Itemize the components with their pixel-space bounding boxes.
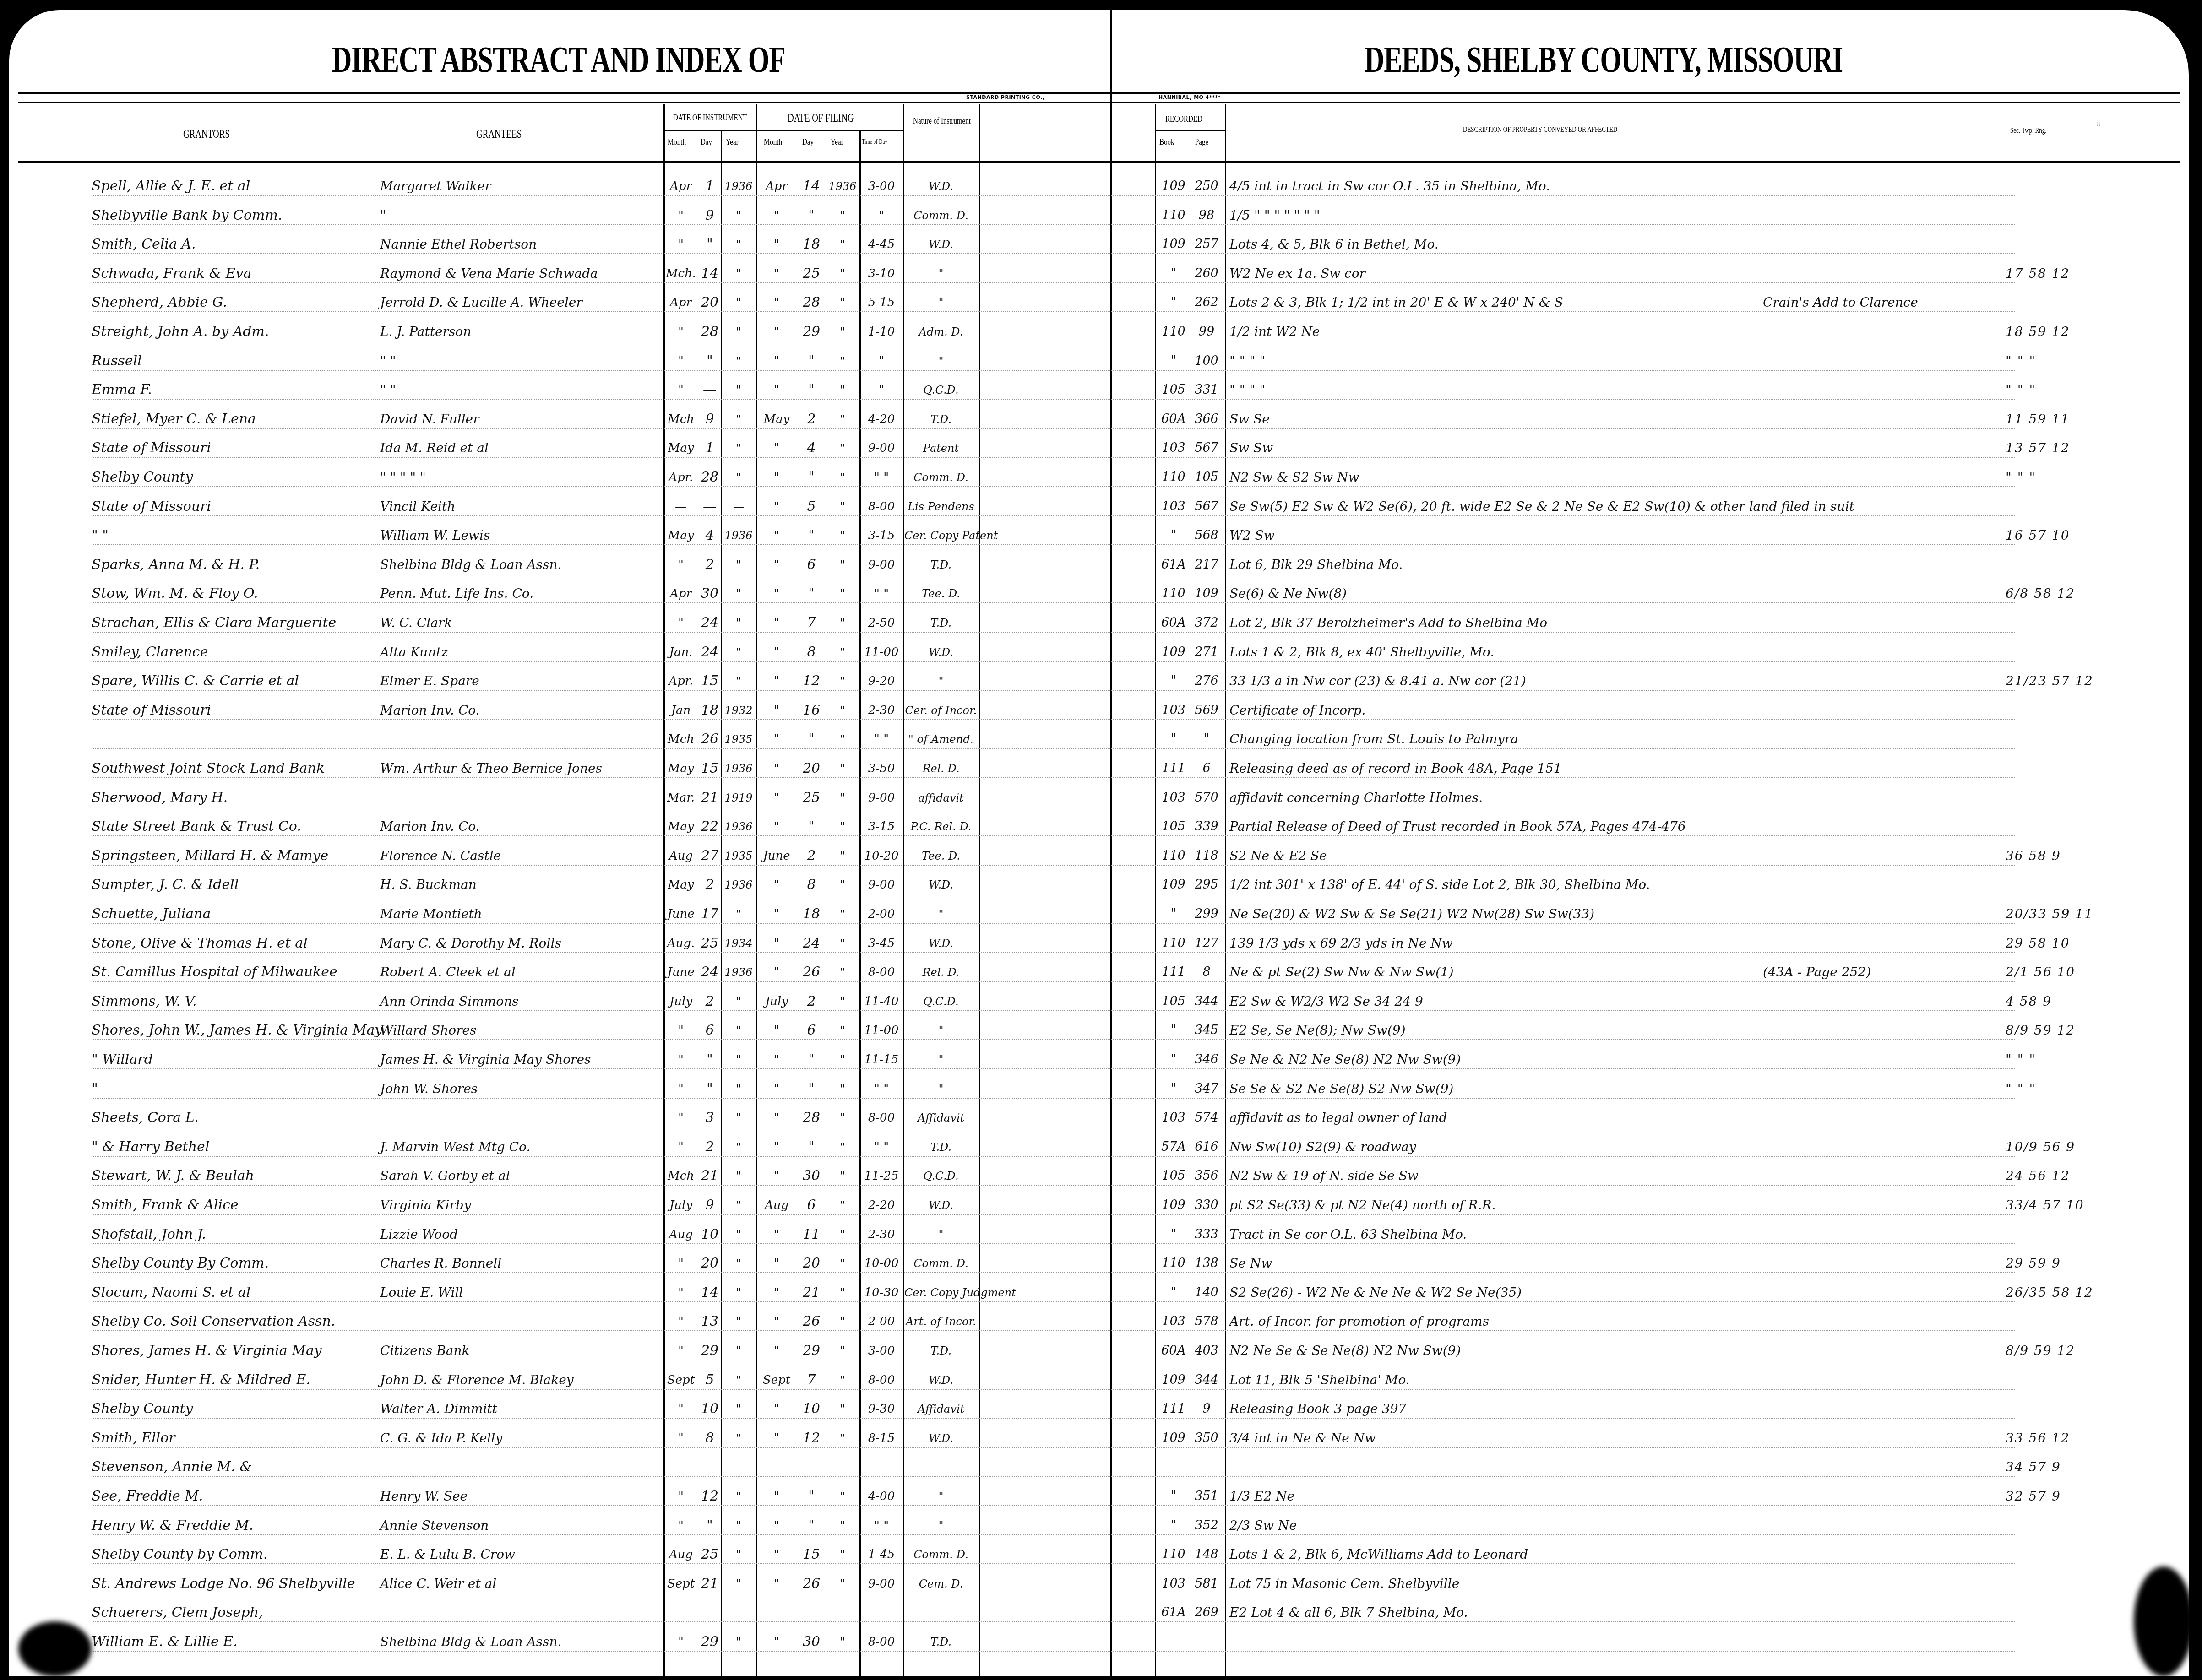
- table-row: Springsteen, Millard H. & MamyeFlorence …: [9, 845, 2189, 867]
- instrument-month: ": [665, 1078, 697, 1100]
- filing-day: ": [798, 1136, 825, 1159]
- grantor-cell: State of Missouri: [92, 495, 211, 518]
- table-row: Shelby County by Comm.E. L. & Lulu B. Cr…: [9, 1543, 2189, 1566]
- instrument-year: 1936: [723, 873, 755, 896]
- table-row: St. Camillus Hospital of MilwaukeeRobert…: [9, 961, 2189, 984]
- filing-year: ": [826, 1252, 859, 1275]
- instrument-year: ": [723, 1485, 755, 1508]
- filing-day: 2: [798, 990, 825, 1013]
- property-description: Ne Se(20) & W2 Sw & Se Se(21) W2 Nw(28) …: [1229, 903, 1594, 926]
- grantee-cell: W. C. Clark: [380, 612, 452, 634]
- instrument-month: ": [665, 233, 697, 256]
- instrument-day: 17: [698, 903, 721, 926]
- property-description: E2 Sw & W2/3 W2 Se 34 24 9: [1229, 990, 1423, 1013]
- property-description: affidavit concerning Charlotte Holmes.: [1229, 786, 1483, 809]
- instrument-day: 25: [698, 1543, 721, 1566]
- instrument-month: Aug: [665, 1223, 697, 1246]
- instrument-day: 20: [698, 291, 721, 314]
- nature-of-instrument: Tee. D.: [904, 582, 978, 605]
- filing-month: ": [757, 320, 796, 343]
- grantor-cell: Shores, James H. & Virginia May: [92, 1339, 322, 1362]
- recorded-page: 295: [1191, 873, 1223, 896]
- instrument-year: 1919: [723, 786, 755, 809]
- instrument-day: ": [698, 1078, 721, 1100]
- instrument-year: ": [723, 903, 755, 926]
- filing-time: " ": [861, 582, 902, 605]
- instrument-day: 1: [698, 175, 721, 198]
- filing-day: 6: [798, 1019, 825, 1042]
- property-description: S2 Ne & E2 Se: [1229, 845, 1327, 867]
- filing-year: ": [826, 1485, 859, 1508]
- recorded-page: 372: [1191, 612, 1223, 634]
- filing-day: 7: [798, 612, 825, 634]
- instrument-day: 2: [698, 990, 721, 1013]
- filing-time: " ": [861, 1136, 902, 1159]
- property-description: Lot 6, Blk 29 Shelbina Mo.: [1229, 553, 1403, 576]
- filing-day: 26: [798, 1310, 825, 1333]
- recorded-book: ": [1158, 291, 1190, 314]
- recorded-book: 61A: [1158, 553, 1190, 576]
- grantee-cell: Marie Montieth: [380, 903, 482, 926]
- grantee-cell: Lizzie Wood: [380, 1223, 458, 1246]
- description-note: Crain's Add to Clarence: [1763, 291, 1918, 314]
- nature-of-instrument: T.D.: [904, 553, 978, 576]
- filing-day: 2: [798, 845, 825, 867]
- property-description: Changing location from St. Louis to Palm…: [1229, 728, 1518, 751]
- instrument-month: Mar.: [665, 786, 697, 809]
- grantor-cell: Shelbyville Bank by Comm.: [92, 204, 283, 227]
- grantor-cell: Shepherd, Abbie G.: [92, 291, 227, 314]
- filing-month: ": [757, 1543, 796, 1566]
- recorded-book: 110: [1158, 932, 1190, 955]
- instrument-year: ": [723, 582, 755, 605]
- table-row: Shelbyville Bank by Comm.""9"""""Comm. D…: [9, 204, 2189, 227]
- filing-time: 8-00: [861, 961, 902, 984]
- recorded-page: 217: [1191, 553, 1223, 576]
- filing-time: 8-00: [861, 495, 902, 518]
- recorded-page: 616: [1191, 1136, 1223, 1159]
- filing-year: ": [826, 1310, 859, 1333]
- filing-day: ": [798, 1514, 825, 1537]
- property-description: W2 Ne ex 1a. Sw cor: [1229, 262, 1365, 285]
- scan-smudge: [18, 1621, 92, 1676]
- filing-month: ": [757, 524, 796, 547]
- filing-year: 1936: [826, 175, 859, 198]
- table-row: Shores, James H. & Virginia MayCitizens …: [9, 1339, 2189, 1362]
- filing-month: ": [757, 1106, 796, 1129]
- instrument-month: ": [665, 1281, 697, 1304]
- filing-month: ": [757, 495, 796, 518]
- property-description: Se Ne & N2 Ne Se(8) N2 Nw Sw(9): [1229, 1048, 1461, 1071]
- nature-of-instrument: ": [904, 903, 978, 926]
- recorded-page: 330: [1191, 1194, 1223, 1217]
- property-description: 4/5 int in tract in Sw cor O.L. 35 in Sh…: [1229, 175, 1550, 198]
- recorded-page: 100: [1191, 350, 1223, 373]
- nature-of-instrument: T.D.: [904, 612, 978, 634]
- instrument-year: ": [723, 553, 755, 576]
- property-description: Se(6) & Ne Nw(8): [1229, 582, 1347, 605]
- instrument-day: 15: [698, 670, 721, 693]
- table-row: "John W. Shores""""""" """347Se Se & S2 …: [9, 1078, 2189, 1100]
- instrument-year: ": [723, 204, 755, 227]
- filing-time: 5-15: [861, 291, 902, 314]
- filing-year: ": [826, 1427, 859, 1450]
- instrument-year: ": [723, 437, 755, 460]
- grantee-cell: Jerrold D. & Lucille A. Wheeler: [380, 291, 582, 314]
- grantor-cell: " Willard: [92, 1048, 153, 1071]
- instrument-year: ": [723, 408, 755, 431]
- filing-day: ": [798, 815, 825, 838]
- filing-day: 11: [798, 1223, 825, 1246]
- sec-twp-rng: " " ": [2006, 379, 2097, 401]
- instrument-year: ": [723, 262, 755, 285]
- recorded-book: 60A: [1158, 1339, 1190, 1362]
- instrument-day: 21: [698, 786, 721, 809]
- filing-time: " ": [861, 1514, 902, 1537]
- instrument-month: ": [665, 1485, 697, 1508]
- table-row: Stiefel, Myer C. & LenaDavid N. FullerMc…: [9, 408, 2189, 431]
- sec-twp-rng: 34 57 9: [2006, 1456, 2097, 1479]
- grantor-cell: Streight, John A. by Adm.: [92, 320, 269, 343]
- nature-of-instrument: T.D.: [904, 1339, 978, 1362]
- recorded-page: 356: [1191, 1165, 1223, 1187]
- sec-twp-rng: 29 58 10: [2006, 932, 2097, 955]
- filing-year: ": [826, 1048, 859, 1071]
- instrument-year: ": [723, 1631, 755, 1653]
- instrument-year: ": [723, 1281, 755, 1304]
- grantee-cell: ": [380, 204, 386, 227]
- grantor-cell: Henry W. & Freddie M.: [92, 1514, 253, 1537]
- instrument-day: 29: [698, 1631, 721, 1653]
- grantor-cell: Southwest Joint Stock Land Bank: [92, 757, 325, 780]
- recorded-page: 574: [1191, 1106, 1223, 1129]
- filing-day: 30: [798, 1631, 825, 1653]
- instrument-day: 9: [698, 1194, 721, 1217]
- nature-of-instrument: Cer. Copy Judgment: [904, 1281, 978, 1304]
- grantor-cell: ": [92, 1078, 98, 1100]
- grantee-cell: William W. Lewis: [380, 524, 490, 547]
- filing-year: ": [826, 903, 859, 926]
- filing-time: ": [861, 204, 902, 227]
- filing-month: ": [757, 1572, 796, 1595]
- filing-day: 25: [798, 786, 825, 809]
- table-row: Sumpter, J. C. & IdellH. S. BuckmanMay21…: [9, 873, 2189, 896]
- filing-month: ": [757, 873, 796, 896]
- grantor-cell: Stevenson, Annie M. &: [92, 1456, 252, 1479]
- nature-of-instrument: W.D.: [904, 1369, 978, 1392]
- grantee-cell: Marion Inv. Co.: [380, 815, 480, 838]
- grantee-cell: David N. Fuller: [380, 408, 479, 431]
- grantee-cell: Marion Inv. Co.: [380, 699, 480, 722]
- table-row: Spell, Allie & J. E. et alMargaret Walke…: [9, 175, 2189, 198]
- filing-month: ": [757, 379, 796, 401]
- filing-time: ": [861, 379, 902, 401]
- recorded-page: 105: [1191, 466, 1223, 489]
- table-row: Schuette, JulianaMarie MontiethJune17""1…: [9, 903, 2189, 926]
- ledger-entries: Spell, Allie & J. E. et alMargaret Walke…: [9, 10, 2189, 1676]
- sec-twp-rng: 26/35 58 12: [2006, 1281, 2097, 1304]
- instrument-month: July: [665, 990, 697, 1013]
- instrument-year: ": [723, 1572, 755, 1595]
- filing-time: 2-30: [861, 699, 902, 722]
- instrument-month: ": [665, 553, 697, 576]
- instrument-year: ": [723, 1252, 755, 1275]
- instrument-day: ": [698, 350, 721, 373]
- filing-day: 14: [798, 175, 825, 198]
- grantee-cell: Wm. Arthur & Theo Bernice Jones: [380, 757, 602, 780]
- instrument-year: ": [723, 1339, 755, 1362]
- filing-time: 2-50: [861, 612, 902, 634]
- filing-month: ": [757, 1252, 796, 1275]
- instrument-day: 20: [698, 1252, 721, 1275]
- grantor-cell: State Street Bank & Trust Co.: [92, 815, 301, 838]
- nature-of-instrument: ": [904, 1514, 978, 1537]
- recorded-book: ": [1158, 903, 1190, 926]
- instrument-month: Aug.: [665, 932, 697, 955]
- filing-time: " ": [861, 466, 902, 489]
- filing-year: ": [826, 699, 859, 722]
- filing-month: ": [757, 262, 796, 285]
- filing-year: ": [826, 291, 859, 314]
- filing-year: ": [826, 233, 859, 256]
- recorded-book: ": [1158, 670, 1190, 693]
- table-row: Shepherd, Abbie G.Jerrold D. & Lucille A…: [9, 291, 2189, 314]
- grantee-cell: Sarah V. Gorby et al: [380, 1165, 510, 1187]
- recorded-book: ": [1158, 262, 1190, 285]
- table-row: Schuerers, Clem Joseph,61A269E2 Lot 4 & …: [9, 1601, 2189, 1624]
- instrument-day: 12: [698, 1485, 721, 1508]
- filing-year: ": [826, 612, 859, 634]
- grantee-cell: John W. Shores: [380, 1078, 478, 1100]
- instrument-month: Apr.: [665, 466, 697, 489]
- filing-day: ": [798, 728, 825, 751]
- recorded-book: 111: [1158, 1398, 1190, 1420]
- grantor-cell: Shelby County by Comm.: [92, 1543, 267, 1566]
- grantor-cell: Stow, Wm. M. & Floy O.: [92, 582, 258, 605]
- grantor-cell: William E. & Lillie E.: [92, 1631, 238, 1653]
- filing-time: 11-15: [861, 1048, 902, 1071]
- filing-month: ": [757, 1310, 796, 1333]
- filing-month: ": [757, 1514, 796, 1537]
- filing-day: 16: [798, 699, 825, 722]
- filing-day: ": [798, 1485, 825, 1508]
- grantor-cell: Stewart, W. J. & Beulah: [92, 1165, 254, 1187]
- filing-time: 9-00: [861, 437, 902, 460]
- filing-month: ": [757, 728, 796, 751]
- instrument-year: ": [723, 1310, 755, 1333]
- grantee-cell: Elmer E. Spare: [380, 670, 479, 693]
- instrument-day: 6: [698, 1019, 721, 1042]
- grantee-cell: Walter A. Dimmitt: [380, 1398, 497, 1420]
- grantee-cell: Nannie Ethel Robertson: [380, 233, 537, 256]
- filing-time: 9-30: [861, 1398, 902, 1420]
- filing-year: ": [826, 1514, 859, 1537]
- instrument-year: ": [723, 1048, 755, 1071]
- recorded-page: 109: [1191, 582, 1223, 605]
- instrument-month: ": [665, 612, 697, 634]
- recorded-book: ": [1158, 1078, 1190, 1100]
- filing-month: ": [757, 1339, 796, 1362]
- recorded-page: 581: [1191, 1572, 1223, 1595]
- property-description: " " " ": [1229, 379, 1265, 401]
- nature-of-instrument: " of Amend.: [904, 728, 978, 751]
- recorded-page: 366: [1191, 408, 1223, 431]
- recorded-book: ": [1158, 350, 1190, 373]
- property-description: 139 1/3 yds x 69 2/3 yds in Ne Nw: [1229, 932, 1453, 955]
- property-description: Certificate of Incorp.: [1229, 699, 1365, 722]
- recorded-page: 276: [1191, 670, 1223, 693]
- filing-day: 29: [798, 320, 825, 343]
- nature-of-instrument: ": [904, 670, 978, 693]
- filing-year: ": [826, 1078, 859, 1100]
- filing-month: ": [757, 1019, 796, 1042]
- instrument-day: 24: [698, 612, 721, 634]
- filing-day: 25: [798, 262, 825, 285]
- table-row: Stow, Wm. M. & Floy O.Penn. Mut. Life In…: [9, 582, 2189, 605]
- grantor-cell: Stone, Olive & Thomas H. et al: [92, 932, 308, 955]
- recorded-book: 111: [1158, 961, 1190, 984]
- recorded-book: 109: [1158, 175, 1190, 198]
- instrument-month: Aug: [665, 845, 697, 867]
- instrument-month: ": [665, 1019, 697, 1042]
- filing-year: ": [826, 1019, 859, 1042]
- recorded-book: 110: [1158, 582, 1190, 605]
- filing-month: ": [757, 1485, 796, 1508]
- grantee-cell: Henry W. See: [380, 1485, 468, 1508]
- recorded-page: 99: [1191, 320, 1223, 343]
- row-rule: [92, 1621, 2015, 1622]
- instrument-month: May: [665, 873, 697, 896]
- filing-time: 10-30: [861, 1281, 902, 1304]
- recorded-book: 111: [1158, 757, 1190, 780]
- sec-twp-rng: 29 59 9: [2006, 1252, 2097, 1275]
- grantor-cell: Springsteen, Millard H. & Mamye: [92, 845, 328, 867]
- recorded-page: 98: [1191, 204, 1223, 227]
- instrument-year: ": [723, 1165, 755, 1187]
- property-description: N2 Sw & 19 of N. side Se Sw: [1229, 1165, 1419, 1187]
- grantee-cell: Alice C. Weir et al: [380, 1572, 496, 1595]
- grantee-cell: L. J. Patterson: [380, 320, 471, 343]
- instrument-month: May: [665, 437, 697, 460]
- grantor-cell: State of Missouri: [92, 437, 211, 460]
- grantor-cell: State of Missouri: [92, 699, 211, 722]
- instrument-day: ": [698, 233, 721, 256]
- filing-time: ": [861, 350, 902, 373]
- filing-year: ": [826, 437, 859, 460]
- grantee-cell: Alta Kuntz: [380, 641, 448, 664]
- instrument-day: ": [698, 1048, 721, 1071]
- property-description: 2/3 Sw Ne: [1229, 1514, 1297, 1537]
- property-description: Ne & pt Se(2) Sw Nw & Nw Sw(1): [1229, 961, 1454, 984]
- sec-twp-rng: 8/9 59 12: [2006, 1339, 2097, 1362]
- filing-time: 9-00: [861, 553, 902, 576]
- filing-year: ": [826, 1543, 859, 1566]
- property-description: Lot 11, Blk 5 'Shelbina' Mo.: [1229, 1369, 1410, 1392]
- recorded-book: 109: [1158, 1194, 1190, 1217]
- instrument-month: Apr: [665, 582, 697, 605]
- grantor-cell: " & Harry Bethel: [92, 1136, 209, 1159]
- instrument-day: —: [698, 379, 721, 401]
- sec-twp-rng: 24 56 12: [2006, 1165, 2097, 1187]
- filing-month: ": [757, 1427, 796, 1450]
- filing-year: ": [826, 641, 859, 664]
- grantor-cell: St. Andrews Lodge No. 96 Shelbyville: [92, 1572, 355, 1595]
- recorded-page: 346: [1191, 1048, 1223, 1071]
- filing-year: ": [826, 582, 859, 605]
- filing-month: ": [757, 204, 796, 227]
- grantee-cell: Robert A. Cleek et al: [380, 961, 516, 984]
- sec-twp-rng: 17 58 12: [2006, 262, 2097, 285]
- nature-of-instrument: T.D.: [904, 408, 978, 431]
- filing-time: 9-00: [861, 873, 902, 896]
- instrument-year: ": [723, 1019, 755, 1042]
- grantor-cell: Emma F.: [92, 379, 152, 401]
- instrument-month: Mch: [665, 408, 697, 431]
- filing-month: ": [757, 1631, 796, 1653]
- filing-time: 2-20: [861, 1194, 902, 1217]
- table-row: Sheets, Cora L."3""28"8-00Affidavit10357…: [9, 1106, 2189, 1129]
- instrument-month: Aug: [665, 1543, 697, 1566]
- recorded-book: 103: [1158, 699, 1190, 722]
- filing-day: 20: [798, 1252, 825, 1275]
- filing-time: 9-00: [861, 786, 902, 809]
- filing-time: 2-00: [861, 903, 902, 926]
- instrument-month: ": [665, 1514, 697, 1537]
- filing-month: May: [757, 408, 796, 431]
- recorded-book: 103: [1158, 1572, 1190, 1595]
- table-row: " "William W. LewisMay41936"""3-15Cer. C…: [9, 524, 2189, 547]
- nature-of-instrument: W.D.: [904, 932, 978, 955]
- grantee-cell: " ": [380, 350, 396, 373]
- grantee-cell: Ida M. Reid et al: [380, 437, 489, 460]
- recorded-page: 299: [1191, 903, 1223, 926]
- table-row: Snider, Hunter H. & Mildred E.John D. & …: [9, 1369, 2189, 1392]
- filing-year: ": [826, 1194, 859, 1217]
- filing-year: ": [826, 1106, 859, 1129]
- nature-of-instrument: W.D.: [904, 641, 978, 664]
- recorded-book: 110: [1158, 1252, 1190, 1275]
- recorded-book: 60A: [1158, 612, 1190, 634]
- grantee-cell: Charles R. Bonnell: [380, 1252, 501, 1275]
- instrument-month: ": [665, 1136, 697, 1159]
- instrument-month: ": [665, 204, 697, 227]
- instrument-year: 1936: [723, 524, 755, 547]
- filing-time: 3-45: [861, 932, 902, 955]
- filing-day: ": [798, 466, 825, 489]
- recorded-book: 103: [1158, 437, 1190, 460]
- row-rule: [92, 1476, 2015, 1477]
- recorded-page: 344: [1191, 1369, 1223, 1392]
- instrument-month: June: [665, 961, 697, 984]
- instrument-year: ": [723, 990, 755, 1013]
- recorded-book: 105: [1158, 1165, 1190, 1187]
- instrument-year: ": [723, 1398, 755, 1420]
- recorded-page: 260: [1191, 262, 1223, 285]
- instrument-year: ": [723, 641, 755, 664]
- recorded-book: 110: [1158, 466, 1190, 489]
- table-row: Shores, John W., James H. & Virginia May…: [9, 1019, 2189, 1042]
- grantee-cell: Margaret Walker: [380, 175, 491, 198]
- recorded-book: ": [1158, 728, 1190, 751]
- grantor-cell: Smiley, Clarence: [92, 641, 208, 664]
- instrument-day: 14: [698, 262, 721, 285]
- nature-of-instrument: T.D.: [904, 1631, 978, 1653]
- grantor-cell: Schuette, Juliana: [92, 903, 211, 926]
- instrument-month: Sept: [665, 1369, 697, 1392]
- recorded-page: 351: [1191, 1485, 1223, 1508]
- instrument-year: 1936: [723, 757, 755, 780]
- filing-month: ": [757, 350, 796, 373]
